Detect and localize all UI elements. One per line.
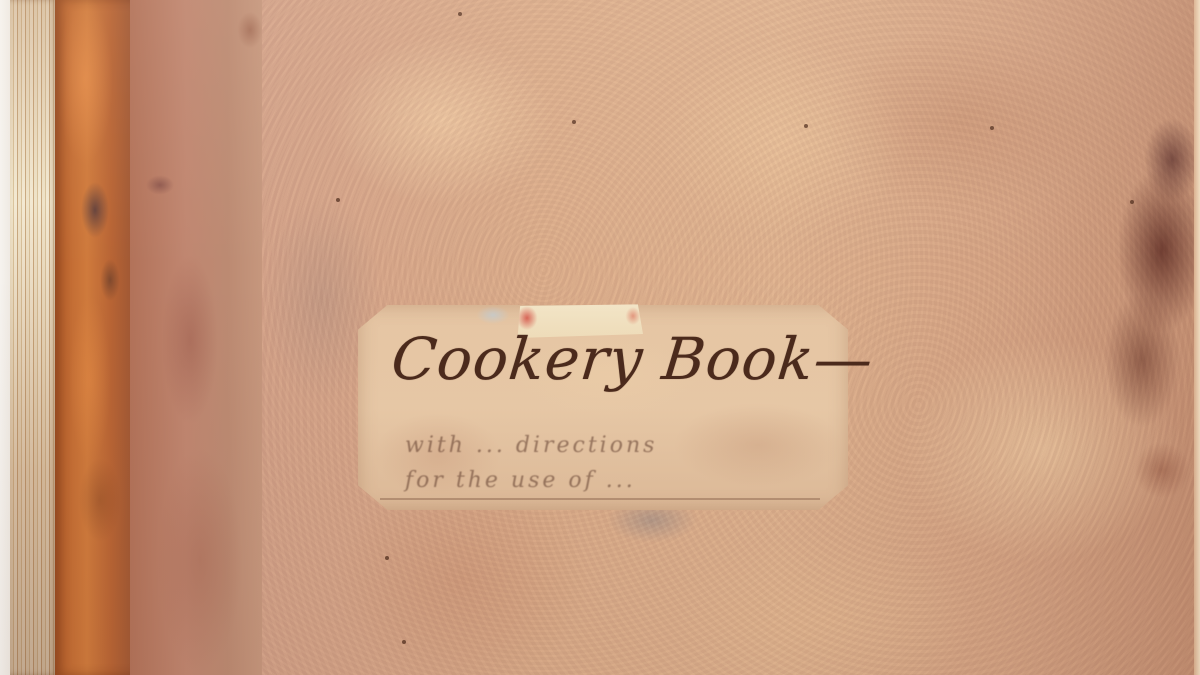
speck (385, 556, 389, 560)
speck (990, 126, 994, 130)
label-title: Cookery Book— (389, 330, 855, 388)
label-subtitle-line-2: for the use of ... (405, 468, 636, 493)
cover-right-edge (1194, 0, 1200, 675)
label-subtitle-line-1: with ... directions (405, 433, 657, 458)
book-cover-photo: Cookery Book— with ... directions for th… (0, 0, 1200, 675)
speck (458, 12, 462, 16)
speck (572, 120, 576, 124)
page-edges (10, 0, 58, 675)
worn-board-edge (130, 0, 270, 675)
speck (402, 640, 406, 644)
speck (1130, 200, 1134, 204)
speck (336, 198, 340, 202)
label-rule (380, 498, 820, 500)
speck (804, 124, 808, 128)
leather-spine (55, 0, 135, 675)
